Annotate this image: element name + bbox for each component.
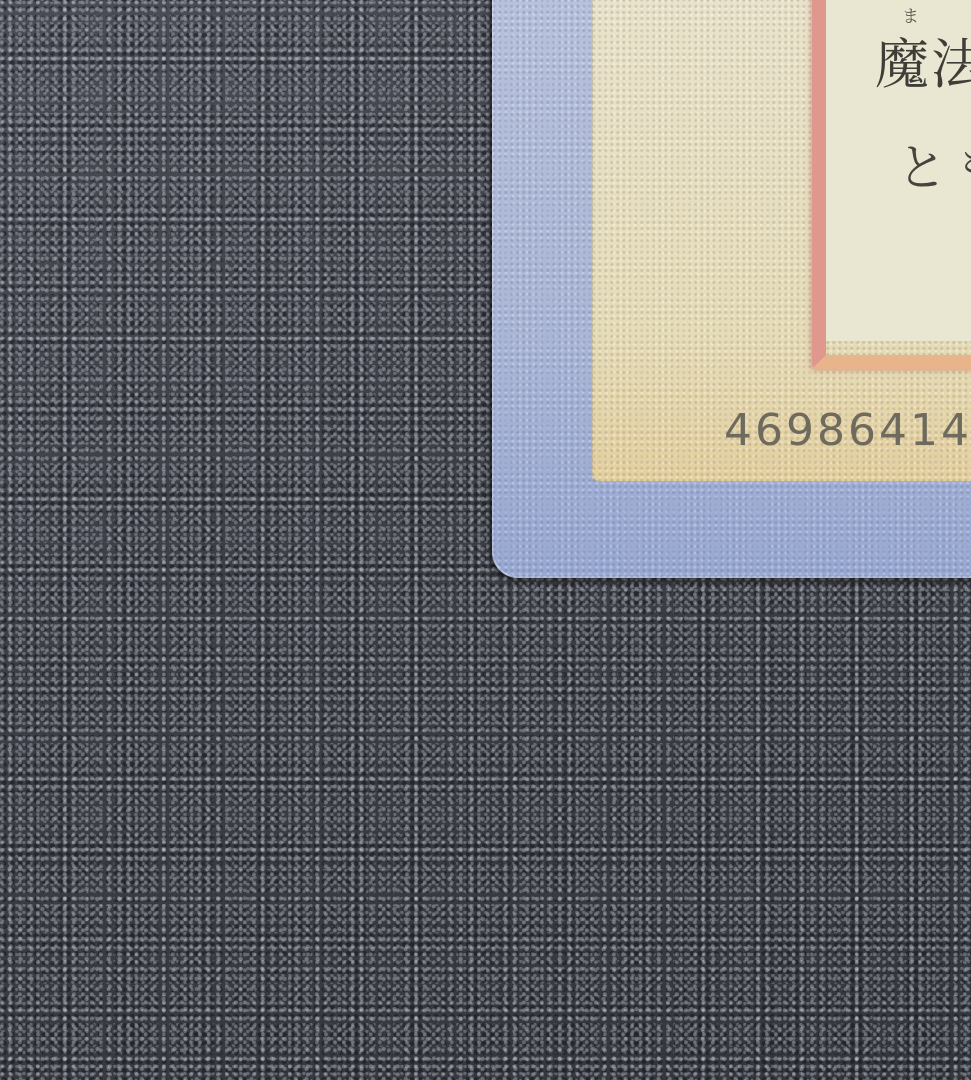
card-passcode: 46986414 bbox=[724, 405, 971, 456]
card-text-line-1: 魔法 bbox=[875, 22, 971, 99]
card-text-box: ま ほう 魔法 ともに 46986414 bbox=[592, 0, 971, 482]
card-text-line-2: ともに bbox=[897, 128, 971, 200]
trading-card: ま ほう 魔法 ともに 46986414 bbox=[492, 0, 971, 578]
